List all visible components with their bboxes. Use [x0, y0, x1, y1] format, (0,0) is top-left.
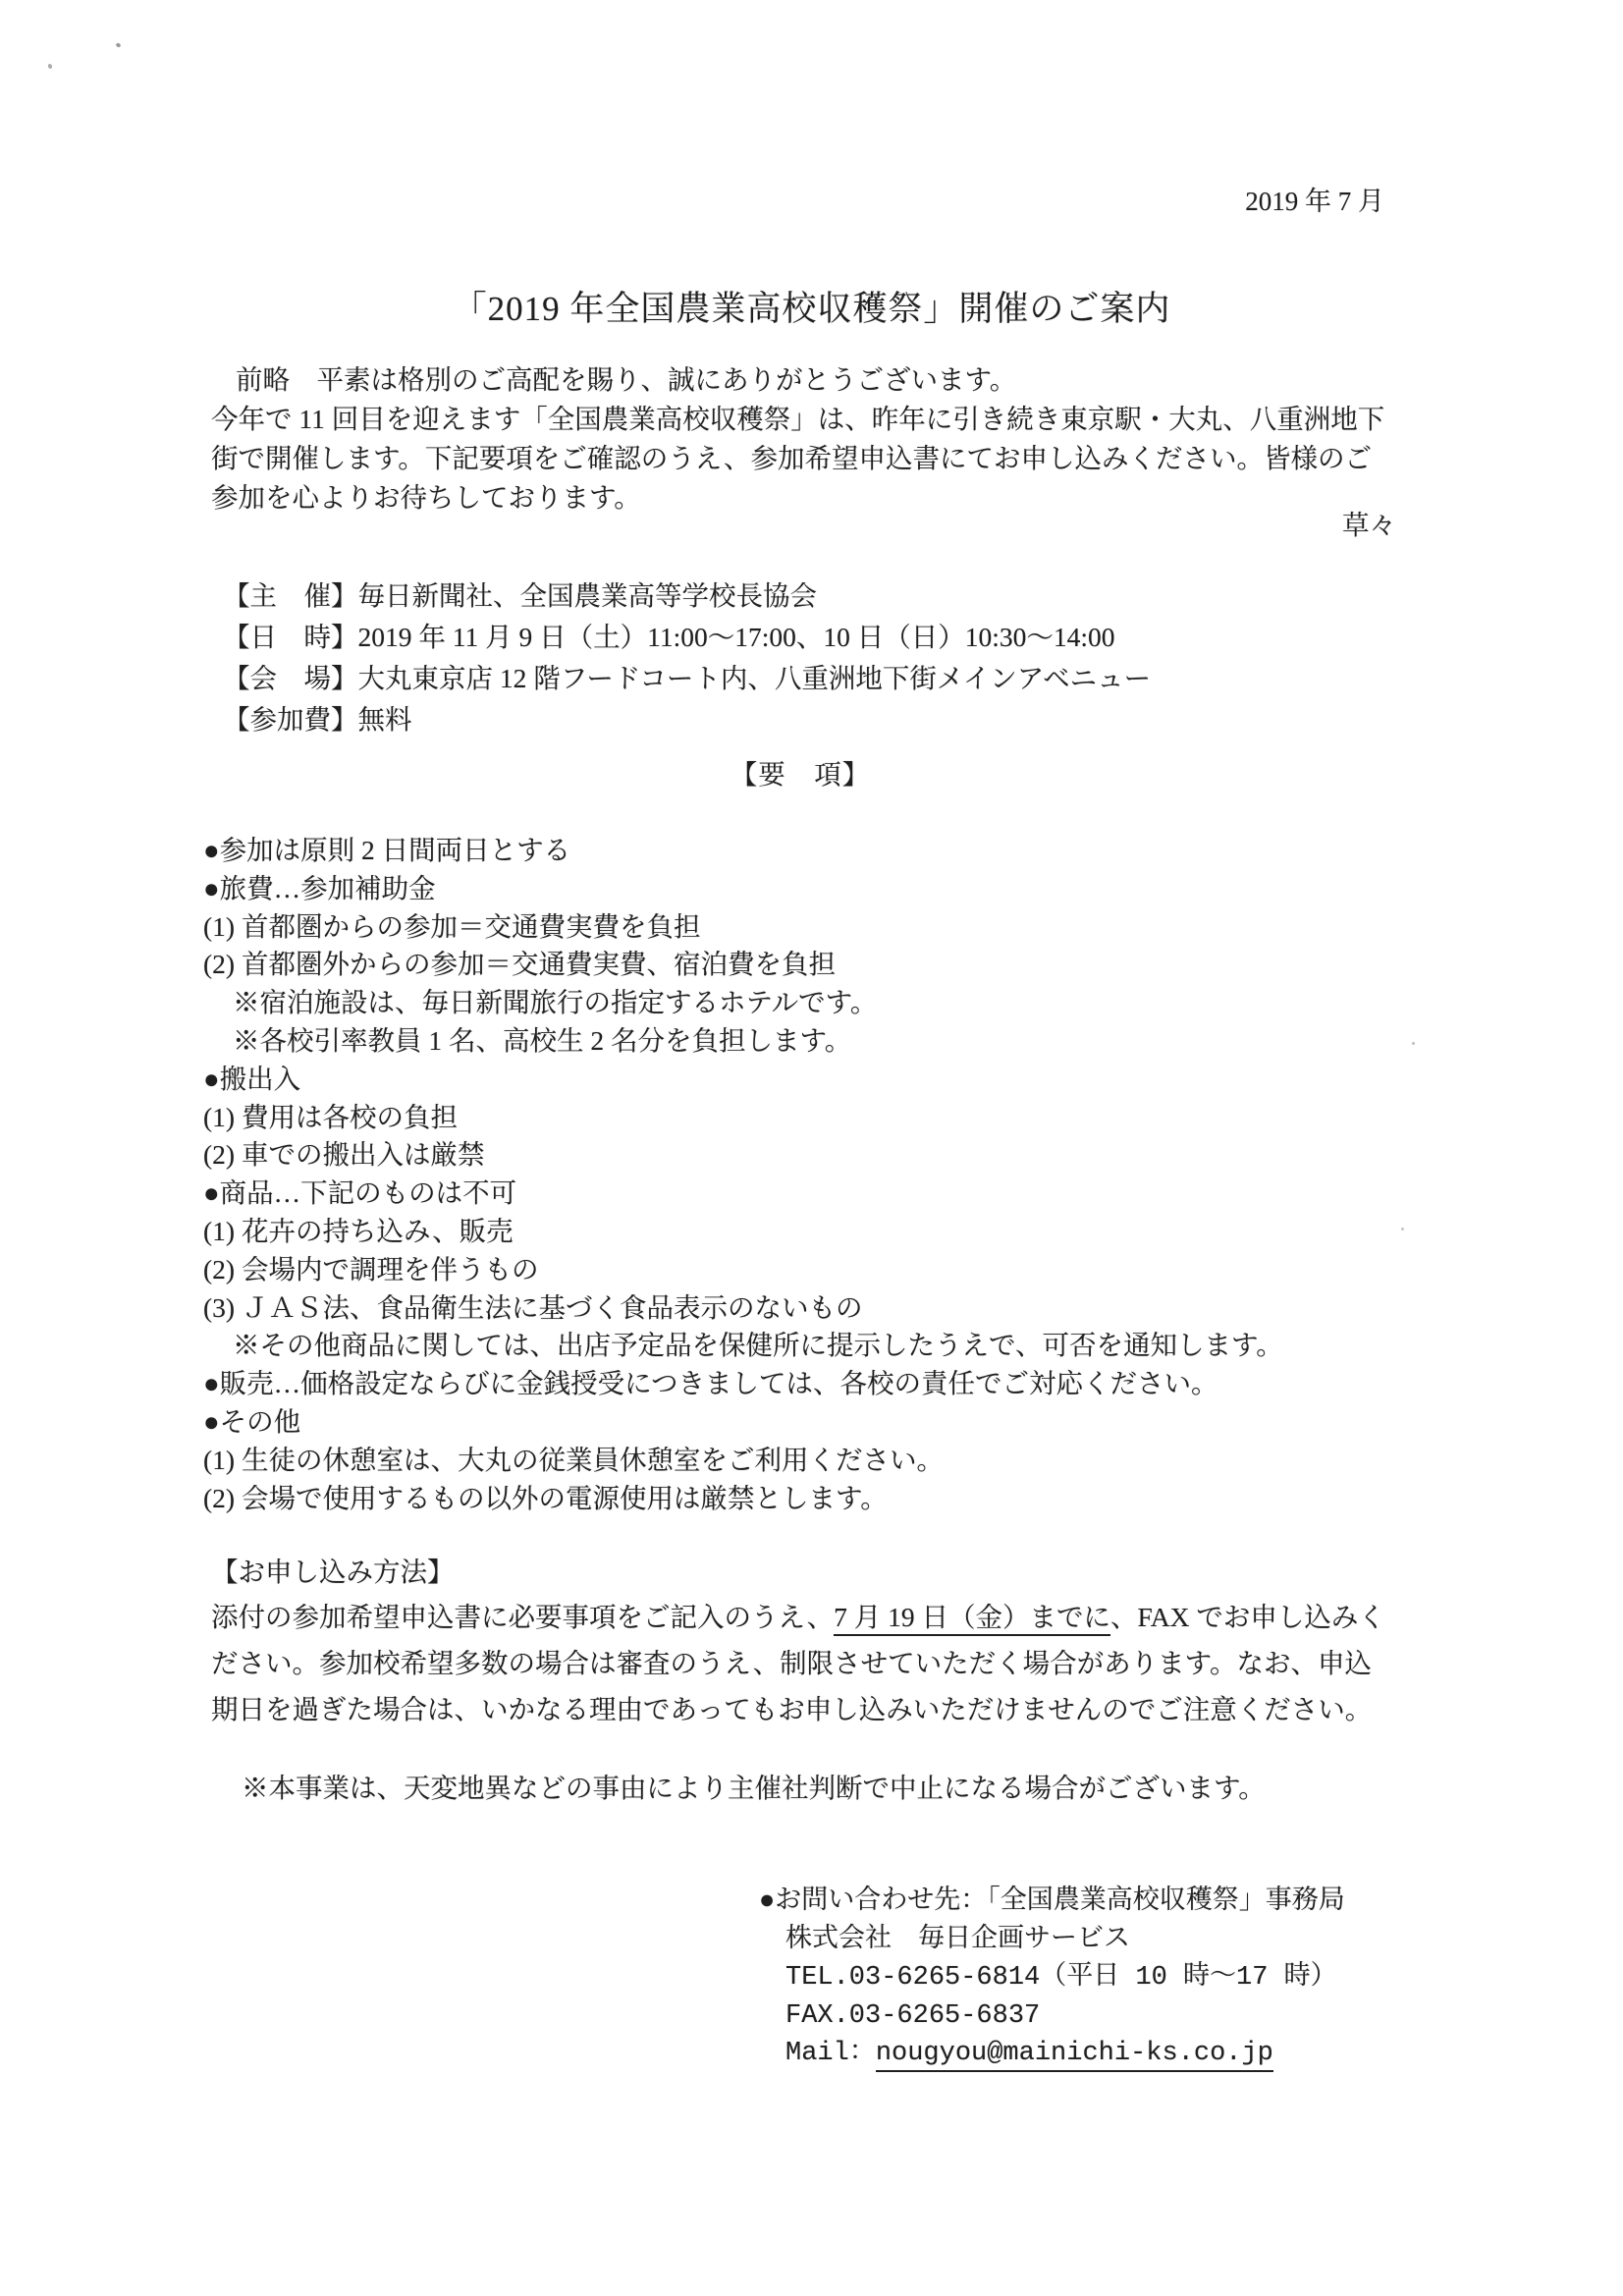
detail-datetime: 【日 時】2019 年 11 月 9 日（土）11:00～17:00、10 日（… [223, 617, 1151, 658]
application-deadline: 7 月 19 日（金）までに [834, 1602, 1110, 1636]
event-details: 【主 催】毎日新聞社、全国農業高等学校長協会 【日 時】2019 年 11 月 … [223, 575, 1151, 740]
application-heading: 【お申し込み方法】 [211, 1550, 455, 1589]
application-paragraph: 添付の参加希望申込書に必要事項をご記入のうえ、7 月 19 日（金）までに、FA… [211, 1594, 1438, 1732]
contact-tel: TEL.03-6265-6814（平日 10 時～17 時） [759, 1959, 1345, 1997]
intro-paragraph: 前略 平素は格別のご高配を賜り、誠にありがとうございます。 今年で 11 回目を… [211, 360, 1424, 545]
cancellation-note: ※本事業は、天変地異などの事由により主催社判断で中止になる場合がございます。 [242, 1766, 1266, 1805]
outline-list: ●参加は原則 2 日間両日とする ●旅費…参加補助金 (1) 首都圏からの参加＝… [203, 832, 1283, 1517]
outline-item: ●販売…価格設定ならびに金銭授受につきましては、各校の責任でご対応ください。 [203, 1365, 1283, 1403]
outline-item: ●その他 [203, 1403, 1283, 1442]
outline-item: (1) 生徒の休憩室は、大丸の従業員休憩室をご利用ください。 [203, 1442, 1283, 1480]
application-text: 添付の参加希望申込書に必要事項をご記入のうえ、 [211, 1602, 834, 1632]
outline-item: ※その他商品に関しては、出店予定品を保健所に提示したうえで、可否を通知します。 [203, 1327, 1283, 1365]
intro-line: 街で開催します。下記要項をご確認のうえ、参加希望申込書にてお申し込みください。皆… [211, 439, 1424, 478]
outline-item: (2) 会場で使用するもの以外の電源使用は厳禁とします。 [203, 1480, 1283, 1518]
contact-company: 株式会社 毎日企画サービス [759, 1922, 1345, 1960]
application-text: 、FAX でお申し込みく [1110, 1602, 1385, 1632]
scan-speck [115, 42, 121, 48]
contact-block: ●お問い合わせ先：「全国農業高校収穫祭」事務局 株式会社 毎日企画サービス TE… [759, 1884, 1345, 2073]
application-line: 添付の参加希望申込書に必要事項をご記入のうえ、7 月 19 日（金）までに、FA… [211, 1594, 1438, 1640]
document-date: 2019 年 7 月 [1245, 180, 1384, 218]
scan-speck [47, 63, 52, 69]
outline-item: (2) 首都圏外からの参加＝交通費実費、宿泊費を負担 [203, 946, 1283, 984]
scanned-letter-page: 2019 年 7 月 「2019 年全国農業高校収穫祭」開催のご案内 前略 平素… [0, 0, 1623, 2296]
outline-item: (2) 会場内で調理を伴うもの [203, 1251, 1283, 1289]
outline-item: ●商品…下記のものは不可 [203, 1175, 1283, 1213]
scan-speck [1401, 1228, 1404, 1230]
outline-item: ●参加は原則 2 日間両日とする [203, 832, 1283, 870]
outline-item: (2) 車での搬出入は厳禁 [203, 1136, 1283, 1175]
outline-item: (1) 花卉の持ち込み、販売 [203, 1213, 1283, 1251]
outline-item: (3) ＪＡＳ法、食品衛生法に基づく食品表示のないもの [203, 1289, 1283, 1328]
outline-item: (1) 首都圏からの参加＝交通費実費を負担 [203, 908, 1283, 947]
outline-item: ※宿泊施設は、毎日新聞旅行の指定するホテルです。 [203, 984, 1283, 1022]
outline-item: (1) 費用は各校の負担 [203, 1099, 1283, 1137]
detail-organizer: 【主 催】毎日新聞社、全国農業高等学校長協会 [223, 575, 1151, 617]
intro-line: 前略 平素は格別のご高配を賜り、誠にありがとうございます。 [211, 360, 1424, 400]
detail-fee: 【参加費】無料 [223, 699, 1151, 740]
contact-mail-address: nougyou@mainichi-ks.co.jp [876, 2039, 1273, 2072]
outline-item: ※各校引率教員 1 名、高校生 2 名分を負担します。 [203, 1022, 1283, 1061]
contact-fax: FAX.03-6265-6837 [759, 1997, 1345, 2036]
document-title: 「2019 年全国農業高校収穫祭」開催のご案内 [0, 282, 1623, 331]
contact-mail-label: Mail： [785, 2039, 876, 2068]
application-line: ださい。参加校希望多数の場合は審査のうえ、制限させていただく場合があります。なお… [211, 1640, 1438, 1686]
intro-line: 今年で 11 回目を迎えます「全国農業高校収穫祭」は、昨年に引き続き東京駅・大丸… [211, 400, 1424, 439]
outline-item: ●搬出入 [203, 1061, 1283, 1099]
contact-heading: ●お問い合わせ先：「全国農業高校収穫祭」事務局 [759, 1884, 1345, 1922]
application-line: 期日を過ぎた場合は、いかなる理由であってもお申し込みいただけませんのでご注意くだ… [211, 1686, 1438, 1732]
outline-item: ●旅費…参加補助金 [203, 870, 1283, 908]
scan-speck [1412, 1042, 1415, 1045]
outline-heading: 【要 項】 [0, 752, 1600, 792]
contact-mail: Mail：nougyou@mainichi-ks.co.jp [759, 2035, 1345, 2073]
detail-venue: 【会 場】大丸東京店 12 階フードコート内、八重洲地下街メインアベニュー [223, 658, 1151, 699]
